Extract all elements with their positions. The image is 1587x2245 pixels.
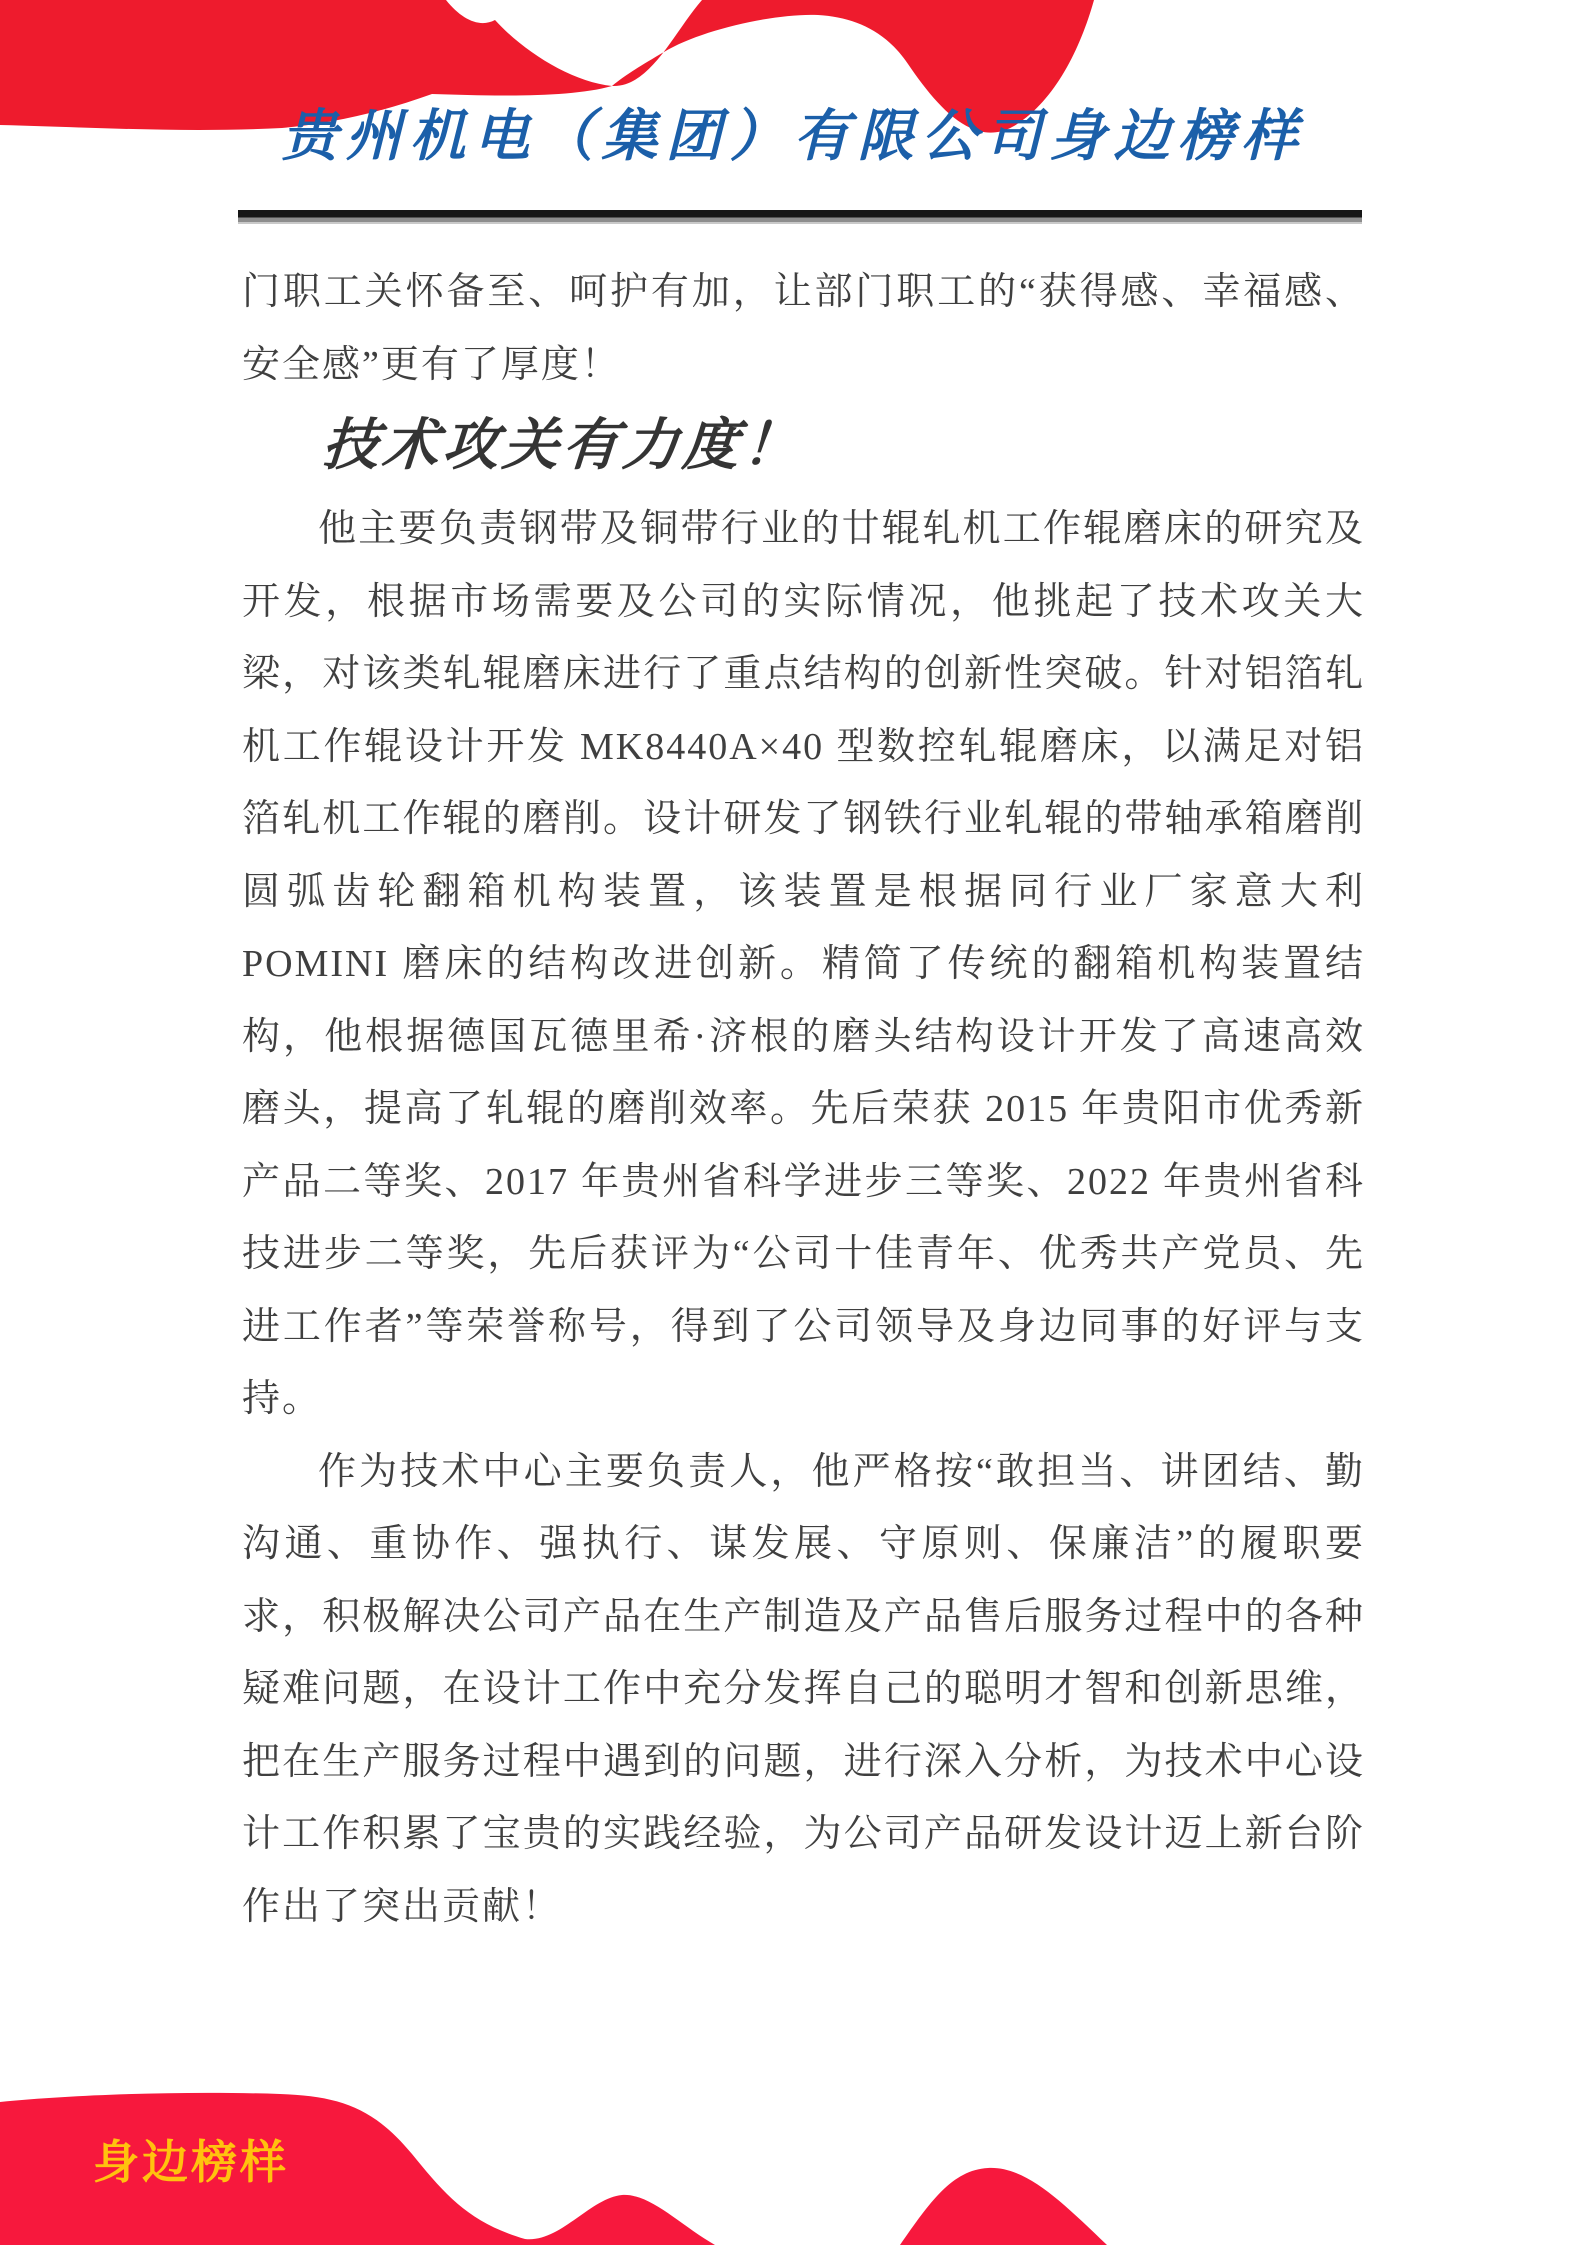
paragraph-responsibility: 作为技术中心主要负责人，他严格按“敢担当、讲团结、勤沟通、重协作、强执行、谋发展… [242,1436,1365,1944]
section-heading: 技术攻关有力度！ [320,407,1370,483]
article-body: 门职工关怀备至、呵护有加，让部门职工的“获得感、幸福感、安全感”更有了厚度！ 技… [242,256,1365,1943]
page-title: 贵州机电（集团）有限公司身边榜样 [0,92,1587,172]
intro-continuation-paragraph: 门职工关怀备至、呵护有加，让部门职工的“获得感、幸福感、安全感”更有了厚度！ [242,256,1365,401]
paragraph-technical-achievements: 他主要负责钢带及铜带行业的廿辊轧机工作辊磨床的研究及开发，根据市场需要及公司的实… [242,493,1365,1436]
footer-badge: 身边榜样 [93,2126,289,2192]
title-divider-rule [238,210,1362,224]
document-page: 贵州机电（集团）有限公司身边榜样 门职工关怀备至、呵护有加，让部门职工的“获得感… [0,0,1587,2245]
